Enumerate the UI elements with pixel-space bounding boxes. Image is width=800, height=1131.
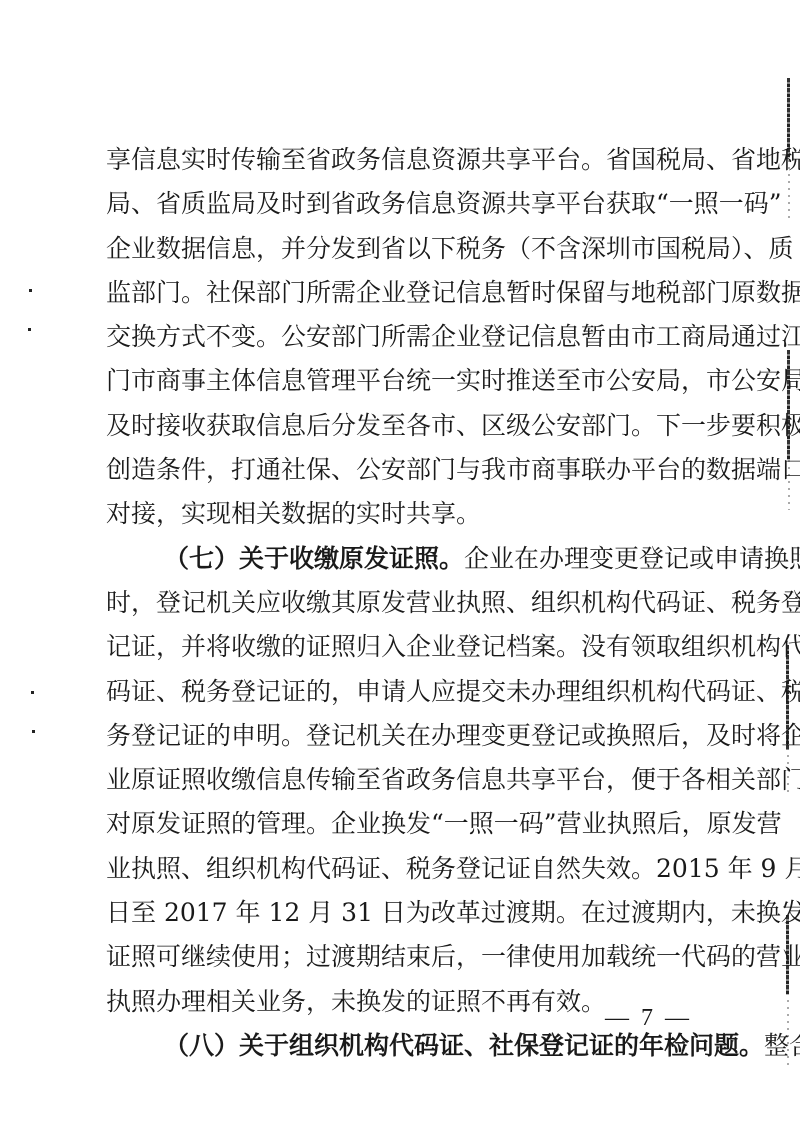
text-line: 业原证照收缴信息传输至省政务信息共享平台，便于各相关部门: [106, 758, 698, 802]
text-line: 日至 2017 年 12 月 31 日为改革过渡期。在过渡期内，未换发的: [106, 891, 698, 935]
text-line: 交换方式不变。公安部门所需企业登记信息暂由市工商局通过江: [106, 315, 698, 359]
text-line: 对原发证照的管理。企业换发“一照一码”营业执照后，原发营: [106, 802, 698, 846]
text-line: 记证，并将收缴的证照归入企业登记档案。没有领取组织机构代: [106, 625, 698, 669]
body-text: 享信息实时传输至省政务信息资源共享平台。省国税局、省地税 局、省质监局及时到省政…: [106, 138, 698, 1068]
document-page: 享信息实时传输至省政务信息资源共享平台。省国税局、省地税 局、省质监局及时到省政…: [0, 0, 800, 1131]
text-line: 对接，实现相关数据的实时共享。: [106, 492, 698, 536]
text-line: 局、省质监局及时到省政务信息资源共享平台获取“一照一码”: [106, 182, 698, 226]
page-number: — 7 —: [605, 1005, 692, 1032]
section-8-text: 整合: [764, 1031, 800, 1060]
section-7-first-line: （七）关于收缴原发证照。企业在办理变更登记或申请换照: [106, 537, 698, 581]
section-7-heading: （七）关于收缴原发证照。: [164, 544, 464, 573]
text-line: 创造条件，打通社保、公安部门与我市商事联办平台的数据端口: [106, 448, 698, 492]
text-line: 码证、税务登记证的，申请人应提交未办理组织机构代码证、税: [106, 670, 698, 714]
scan-dot: [32, 730, 35, 733]
scan-dot: [28, 328, 31, 331]
text-line: 监部门。社保部门所需企业登记信息暂时保留与地税部门原数据: [106, 271, 698, 315]
text-line: 证照可继续使用；过渡期结束后，一律使用加载统一代码的营业: [106, 935, 698, 979]
section-7-text: 企业在办理变更登记或申请换照: [464, 544, 800, 573]
scan-dot: [31, 691, 34, 694]
text-line: 时，登记机关应收缴其原发营业执照、组织机构代码证、税务登: [106, 581, 698, 625]
text-line: 门市商事主体信息管理平台统一实时推送至市公安局，市公安局: [106, 359, 698, 403]
text-line: 及时接收获取信息后分发至各市、区级公安部门。下一步要积极: [106, 404, 698, 448]
scan-dot: [29, 289, 32, 292]
text-line: 业执照、组织机构代码证、税务登记证自然失效。2015 年 9 月 1: [106, 847, 698, 891]
text-line: 享信息实时传输至省政务信息资源共享平台。省国税局、省地税: [106, 138, 698, 182]
text-line: 企业数据信息，并分发到省以下税务（不含深圳市国税局）、质: [106, 227, 698, 271]
text-line: 务登记证的申明。登记机关在办理变更登记或换照后，及时将企: [106, 714, 698, 758]
section-8-heading: （八）关于组织机构代码证、社保登记证的年检问题。: [164, 1031, 764, 1060]
